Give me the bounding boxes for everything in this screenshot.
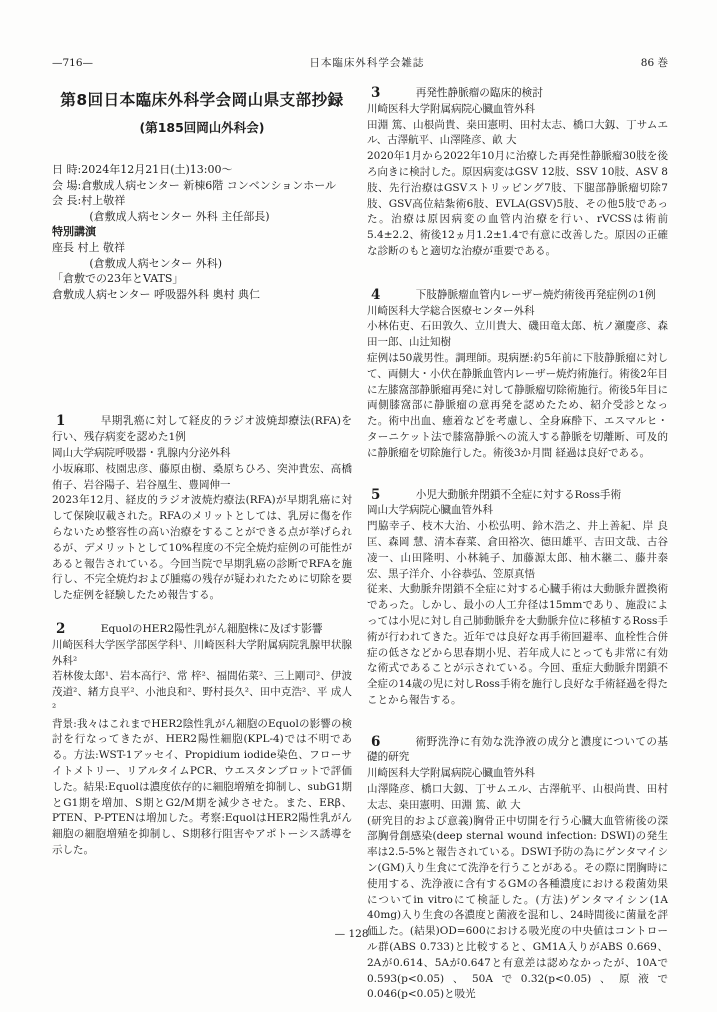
- meeting-info-line-president: 会 長:村上敬祥: [52, 193, 352, 209]
- right-column: 3 再発性静脈瘤の臨床的検討 川崎医科大学附属病院心臓血管外科 田淵 篤、山根尚…: [367, 86, 668, 1003]
- abstract-entry-1: 1 早期乳癌に対して経皮的ラジオ波焼却療法(RFA)を行い、残存病変を認めた1例…: [52, 414, 352, 604]
- abstract-authors: 山澤隆彦、橋口大釼、丁サムエル、古澤航平、山根尚貴、田村太志、桒田憲明、田淵 篤…: [367, 782, 668, 814]
- abstract-authors: 小林佑吏、石田敦久、立川貴大、磯田竜太郎、杭ノ瀬慶彦、森田一郎、山辻知樹: [367, 319, 668, 351]
- special-lecture-heading: 特別講演: [52, 224, 352, 240]
- journal-page: —716— 日本臨床外科学会雑誌 86 巻 第8回日本臨床外科学会岡山県支部抄録…: [0, 0, 717, 1012]
- abstract-body: 背景:我々はこれまでHER2陰性乳がん細胞のEquolの影響の検討を行なってきた…: [52, 717, 352, 859]
- special-lecture-chair: 座長 村上 敬祥: [52, 240, 352, 256]
- abstract-authors: 田淵 篤、山根尚貴、桒田憲明、田村太志、橋口大釼、丁サムエル、古澤航平、山澤隆彦…: [367, 118, 668, 150]
- page-footer: — 128 —: [0, 928, 717, 940]
- abstract-title: 早期乳癌に対して経皮的ラジオ波焼却療法(RFA)を行い、残存病変を認めた1例: [52, 414, 352, 446]
- left-column: 第8回日本臨床外科学会岡山県支部抄録 (第185回岡山外科会) 日 時:2024…: [52, 88, 352, 859]
- meeting-info: 日 時:2024年12月21日(土)13:00〜 会 場:倉敷成人病センター 新…: [52, 162, 352, 302]
- abstract-number: 5: [371, 487, 380, 503]
- abstract-authors: 門脇幸子、枝木大治、小松弘明、鈴木浩之、井上善紀、岸 良匡、森岡 慧、清本春菜、…: [367, 519, 668, 582]
- abstract-body: 症例は50歳男性。調理師。現病歴:約5年前に下肢静脈瘤に対して、両側大・小伏在静…: [367, 351, 668, 462]
- special-lecture-chair-affil: (倉敷成人病センター 外科): [52, 256, 352, 272]
- abstract-number: 4: [371, 287, 380, 303]
- running-header: —716— 日本臨床外科学会雑誌 86 巻: [52, 55, 668, 70]
- abstract-title: 再発性静脈瘤の臨床的検討: [367, 86, 668, 102]
- abstract-body: 2020年1月から2022年10月に治療した再発性静脈瘤30肢を後ろ向きに検討し…: [367, 149, 668, 260]
- abstract-entry-6: 6 術野洗浄に有効な洗浄液の成分と濃度についての基礎的研究 川崎医科大学附属病院…: [367, 735, 668, 1004]
- abstract-title: 下肢静脈瘤血管内レーザー焼灼術後再発症例の1例: [367, 288, 668, 304]
- abstract-affiliation: 川崎医科大学医学部医学科¹、川崎医科大学附属病院乳腺甲状腺外科²: [52, 638, 352, 670]
- meeting-info-line-date: 日 時:2024年12月21日(土)13:00〜: [52, 162, 352, 178]
- special-lecture-title: 「倉敷での23年とVATS」: [52, 271, 352, 287]
- abstract-entry-5: 5 小児大動脈弁閉鎖不全症に対するRoss手術 岡山大学病院心臓血管外科 門脇幸…: [367, 488, 668, 709]
- meeting-info-line-venue: 会 場:倉敷成人病センター 新棟6階 コンベンションホール: [52, 178, 352, 194]
- meeting-info-line-president-affil: (倉敷成人病センター 外科 主任部長): [52, 209, 352, 225]
- abstract-number: 1: [56, 413, 65, 429]
- abstract-title: 小児大動脈弁閉鎖不全症に対するRoss手術: [367, 488, 668, 504]
- abstract-affiliation: 岡山大学病院心臓血管外科: [367, 503, 668, 519]
- abstract-entry-4: 4 下肢静脈瘤血管内レーザー焼灼術後再発症例の1例 川崎医科大学総合医療センター…: [367, 288, 668, 462]
- abstract-authors: 小坂麻耶、枝園忠彦、藤原由樹、桑原ちひろ、突沖貴宏、高橋侑子、岩谷陽子、岩谷凰生…: [52, 462, 352, 494]
- abstract-title: 術野洗浄に有効な洗浄液の成分と濃度についての基礎的研究: [367, 735, 668, 767]
- abstract-entry-2: 2 EquolのHER2陽性乳がん細胞株に及ぼす影響 川崎医科大学医学部医学科¹…: [52, 622, 352, 859]
- abstract-title: EquolのHER2陽性乳がん細胞株に及ぼす影響: [52, 622, 352, 638]
- subtitle: (第185回岡山外科会): [52, 118, 352, 136]
- abstract-affiliation: 岡山大学病院呼吸器・乳腺内分泌外科: [52, 446, 352, 462]
- abstract-body: (研究目的および意義)胸骨正中切開を行う心臓大血管術後の深部胸骨創感染(deep…: [367, 814, 668, 1004]
- header-page-number: —716—: [52, 57, 93, 69]
- journal-title: 日本臨床外科学会雑誌: [309, 55, 424, 70]
- volume-number: 86 巻: [641, 55, 668, 70]
- abstract-body: 2023年12月、経皮的ラジオ波焼灼療法(RFA)が早期乳癌に対して保険収載され…: [52, 493, 352, 604]
- abstract-authors: 若林俊太郎¹、岩本高行²、常 梓²、福間佑菜²、三上剛司²、伊波茂道²、緒方良平…: [52, 669, 352, 716]
- main-title: 第8回日本臨床外科学会岡山県支部抄録: [52, 88, 352, 110]
- abstract-number: 6: [371, 734, 380, 750]
- special-lecture-speaker: 倉敷成人病センター 呼吸器外科 奥村 典仁: [52, 287, 352, 303]
- abstract-number: 2: [56, 621, 65, 637]
- abstract-affiliation: 川崎医科大学附属病院心臓血管外科: [367, 102, 668, 118]
- abstract-affiliation: 川崎医科大学総合医療センター外科: [367, 304, 668, 320]
- abstract-body: 従来、大動脈弁閉鎖不全症に対する心臓手術は大動脈弁置換術であった。しかし、最小の…: [367, 582, 668, 708]
- abstract-affiliation: 川崎医科大学附属病院心臓血管外科: [367, 766, 668, 782]
- footer-page-number: — 128 —: [335, 928, 383, 940]
- abstract-number: 3: [371, 85, 380, 101]
- abstract-entry-3: 3 再発性静脈瘤の臨床的検討 川崎医科大学附属病院心臓血管外科 田淵 篤、山根尚…: [367, 86, 668, 260]
